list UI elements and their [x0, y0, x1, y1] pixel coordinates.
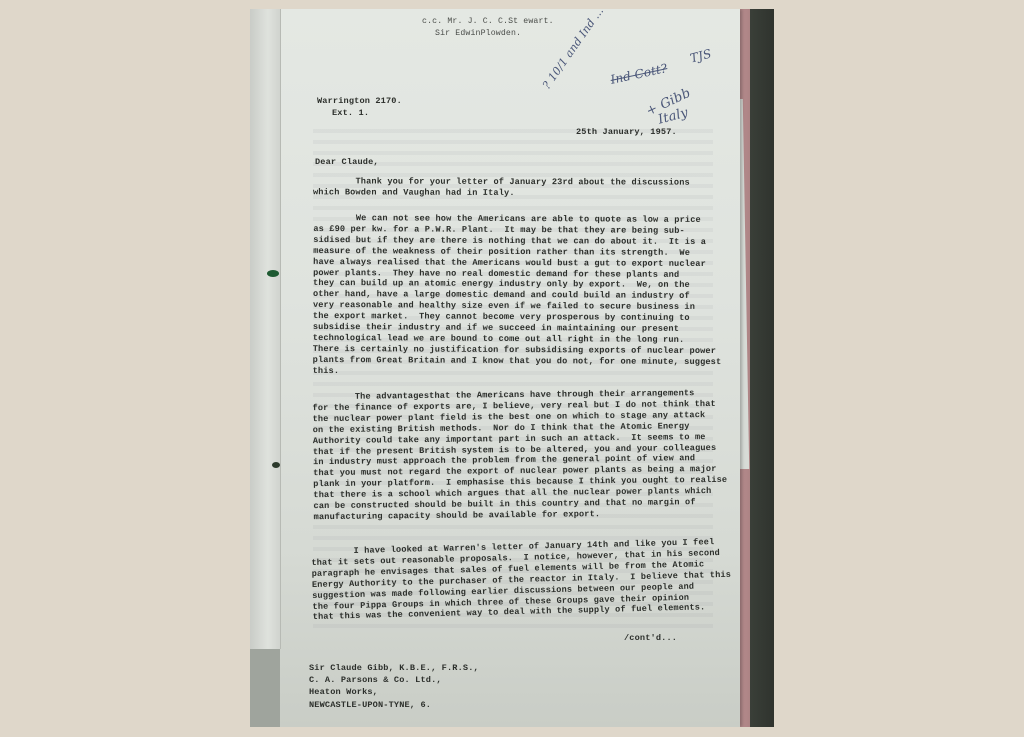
address-line: NEWCASTLE-UPON-TYNE, 6. — [309, 699, 479, 711]
paragraph: The advantagesthat the Americans have th… — [312, 388, 723, 523]
cc-list: c.c. Mr. J. C. C.St ewart. Sir EdwinPlow… — [422, 16, 554, 40]
paragraph: I have looked at Warren's letter of Janu… — [311, 537, 723, 623]
cc-line: c.c. Mr. J. C. C.St ewart. — [422, 16, 554, 28]
paragraph: We can not see how the Americans are abl… — [313, 213, 724, 379]
text-line: plants from Great Britain and I know tha… — [313, 355, 723, 368]
salutation: Dear Claude, — [315, 157, 379, 167]
phone-reference: Warrington 2170. Ext. 1. — [317, 95, 402, 119]
phone-ext: Ext. 1. — [317, 107, 402, 119]
text-line: which Bowden and Vaughan had in Italy. — [313, 187, 723, 199]
address-line: C. A. Parsons & Co. Ltd., — [309, 674, 479, 686]
letter: c.c. Mr. J. C. C.St ewart. Sir EdwinPlow… — [250, 9, 774, 727]
paragraph: Thank you for your letter of January 23r… — [313, 176, 723, 199]
phone-line: Warrington 2170. — [317, 95, 402, 107]
text-line: this. — [313, 366, 723, 379]
handwritten-initials: TJS — [689, 46, 713, 65]
document-photo: c.c. Mr. J. C. C.St ewart. Sir EdwinPlow… — [250, 9, 774, 727]
address-line: Heaton Works, — [309, 686, 479, 698]
handwritten-note: Ind Cott? — [609, 61, 668, 87]
recipient-address: Sir Claude Gibb, K.B.E., F.R.S., C. A. P… — [309, 662, 479, 711]
address-line: Sir Claude Gibb, K.B.E., F.R.S., — [309, 662, 479, 674]
letter-date: 25th January, 1957. — [576, 127, 677, 137]
cc-line: Sir EdwinPlowden. — [422, 28, 554, 40]
continued-marker: /cont'd... — [624, 633, 677, 643]
